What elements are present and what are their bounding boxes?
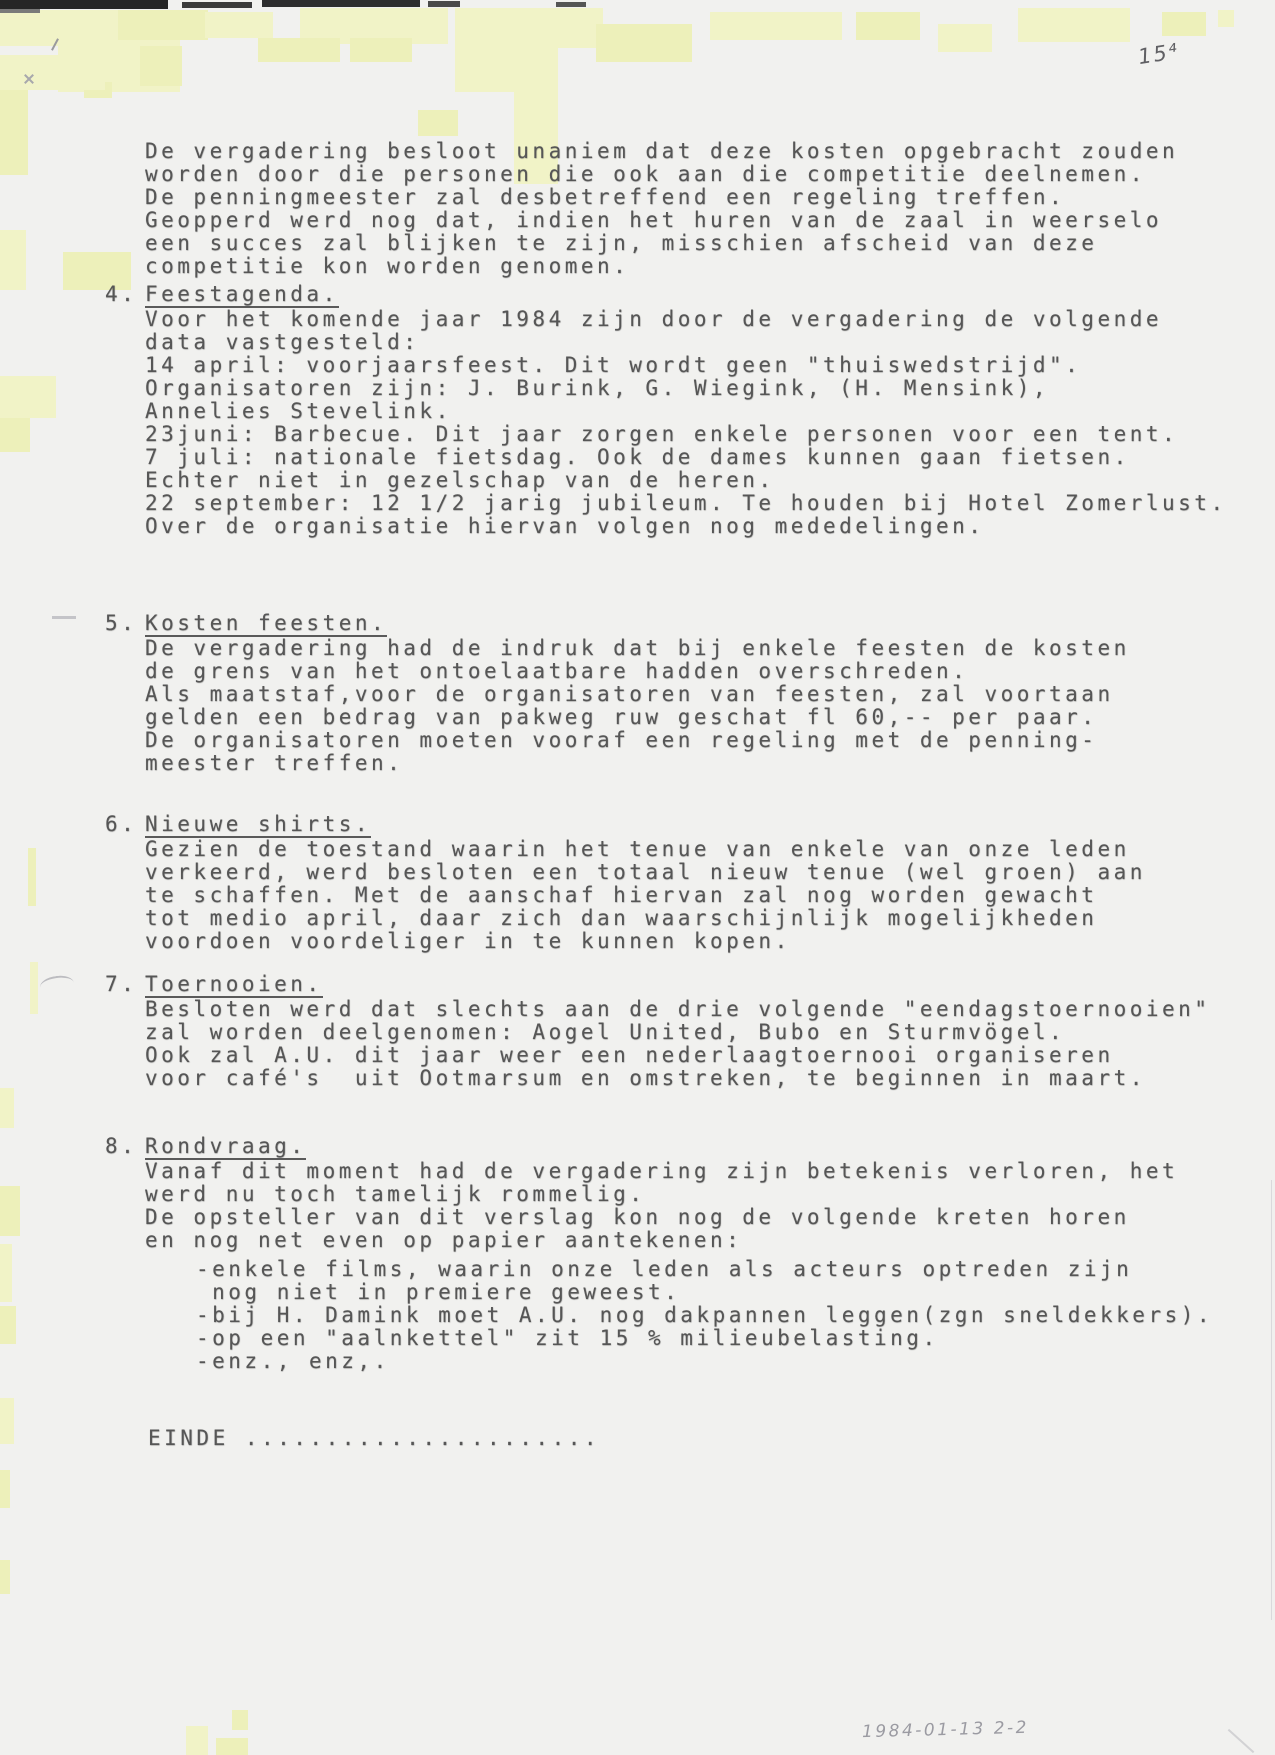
text-line: De vergadering besloot unaniem dat deze … — [145, 140, 1178, 163]
pencil-curve-mark — [39, 974, 75, 997]
text-line: Annelies Stevelink. — [145, 400, 1227, 423]
yellow-edge-artifact — [0, 230, 26, 290]
section-number: 4. — [105, 283, 145, 308]
section-body: Gezien de toestand waarin het tenue van … — [145, 838, 1146, 953]
text-line: Echter niet in gezelschap van de heren. — [145, 469, 1227, 492]
ending-line: EINDE ...................... — [148, 1427, 600, 1450]
corner-crease-mark — [1228, 1729, 1255, 1753]
section-toernooien: 7.Toernooien.Besloten werd dat slechts a… — [105, 973, 1210, 1090]
text-line: Gezien de toestand waarin het tenue van … — [145, 838, 1146, 861]
text-line: competitie kon worden genomen. — [145, 255, 1178, 278]
yellow-edge-artifact — [0, 1088, 14, 1128]
yellow-edge-artifact — [1162, 12, 1206, 36]
intro-paragraph: De vergadering besloot unaniem dat deze … — [145, 140, 1178, 278]
section-heading: 7.Toernooien. — [105, 973, 1210, 998]
handwritten-page-number: 15⁴ — [1136, 39, 1180, 69]
section-title: Rondvraag. — [145, 1135, 306, 1160]
section-number: 8. — [105, 1135, 145, 1160]
yellow-edge-artifact — [596, 24, 692, 62]
section-subitems: -enkele films, waarin onze leden als act… — [196, 1258, 1213, 1373]
text-line: Geopperd werd nog dat, indien het huren … — [145, 209, 1178, 232]
subitem-line: -bij H. Damink moet A.U. nog dakpannen l… — [196, 1304, 1213, 1327]
yellow-edge-artifact — [0, 376, 56, 418]
yellow-edge-artifact — [186, 1726, 208, 1755]
yellow-edge-artifact — [216, 1738, 248, 1755]
yellow-edge-artifact — [418, 110, 458, 136]
yellow-edge-artifact — [0, 1398, 14, 1444]
pencil-x-mark — [24, 74, 34, 84]
text-line: Ook zal A.U. dit jaar weer een nederlaag… — [145, 1044, 1210, 1067]
yellow-edge-artifact — [140, 46, 182, 86]
section-kostenfeesten: 5.Kosten feesten.De vergadering had de i… — [105, 612, 1130, 775]
text-line: verkeerd, werd besloten een totaal nieuw… — [145, 861, 1146, 884]
text-line: 22 september: 12 1/2 jarig jubileum. Te … — [145, 492, 1227, 515]
text-line: meester treffen. — [145, 752, 1130, 775]
text-line: worden door die personen die ook aan die… — [145, 163, 1178, 186]
text-line: te schaffen. Met de aanschaf hiervan zal… — [145, 884, 1146, 907]
section-body: Besloten werd dat slechts aan de drie vo… — [145, 998, 1210, 1090]
section-heading: 5.Kosten feesten. — [105, 612, 1130, 637]
text-line: Vanaf dit moment had de vergadering zijn… — [145, 1160, 1213, 1183]
section-heading: 4.Feestagenda. — [105, 283, 1227, 308]
yellow-edge-artifact — [0, 1186, 20, 1236]
page-edge-line — [1271, 1180, 1272, 1620]
text-line: De opsteller van dit verslag kon nog de … — [145, 1206, 1213, 1229]
yellow-edge-artifact — [1218, 10, 1234, 27]
section-nieuweshirts: 6.Nieuwe shirts.Gezien de toestand waari… — [105, 813, 1146, 953]
text-line: werd nu toch tamelijk rommelig. — [145, 1183, 1213, 1206]
yellow-edge-artifact — [938, 24, 992, 52]
pencil-dash-mark — [52, 616, 76, 619]
section-feestagenda: 4.Feestagenda.Voor het komende jaar 1984… — [105, 283, 1227, 538]
yellow-edge-artifact — [205, 12, 273, 38]
text-line: tot medio april, daar zich dan waarschij… — [145, 907, 1146, 930]
section-body: Vanaf dit moment had de vergadering zijn… — [145, 1160, 1213, 1373]
text-line: Besloten werd dat slechts aan de drie vo… — [145, 998, 1210, 1021]
text-line: De organisatoren moeten vooraf een regel… — [145, 729, 1130, 752]
text-line: de grens van het ontoelaatbare hadden ov… — [145, 660, 1130, 683]
yellow-edge-artifact — [0, 1560, 10, 1594]
subitem-line: nog niet in premiere geweest. — [196, 1281, 1213, 1304]
dark-edge-streak — [0, 9, 40, 13]
text-line: Over de organisatie hiervan volgen nog m… — [145, 515, 1227, 538]
subitem-line: -enz., enz,. — [196, 1350, 1213, 1373]
yellow-edge-artifact — [856, 12, 920, 40]
section-title: Toernooien. — [145, 973, 323, 998]
text-line: en nog net even op papier aantekenen: — [145, 1229, 1213, 1252]
subitem-line: -enkele films, waarin onze leden als act… — [196, 1258, 1213, 1281]
dark-edge-streak — [262, 0, 420, 7]
dark-edge-streak — [0, 0, 168, 9]
text-line: Organisatoren zijn: J. Burink, G. Wiegin… — [145, 377, 1227, 400]
yellow-edge-artifact — [0, 55, 105, 90]
yellow-edge-artifact — [30, 962, 38, 1014]
text-line: Voor het komende jaar 1984 zijn door de … — [145, 308, 1227, 331]
section-rondvraag: 8.Rondvraag.Vanaf dit moment had de verg… — [105, 1135, 1213, 1373]
section-number: 7. — [105, 973, 145, 998]
handwritten-archive-code: 1984-01-13 2-2 — [862, 1718, 1029, 1742]
section-body: Voor het komende jaar 1984 zijn door de … — [145, 308, 1227, 538]
text-line: een succes zal blijken te zijn, misschie… — [145, 232, 1178, 255]
text-line: De penningmeester zal desbetreffend een … — [145, 186, 1178, 209]
section-number: 6. — [105, 813, 145, 838]
subitem-line: -op een "aalnkettel" zit 15 % milieubela… — [196, 1327, 1213, 1350]
text-line: zal worden deelgenomen: Aogel United, Bu… — [145, 1021, 1210, 1044]
text-line: 14 april: voorjaarsfeest. Dit wordt geen… — [145, 354, 1227, 377]
yellow-edge-artifact — [0, 1306, 16, 1344]
text-line: voor café's uit Ootmarsum en omstreken, … — [145, 1067, 1210, 1090]
section-number: 5. — [105, 612, 145, 637]
yellow-edge-artifact — [350, 38, 412, 62]
yellow-edge-artifact — [455, 8, 603, 48]
section-title: Feestagenda. — [145, 283, 339, 308]
section-title: Kosten feesten. — [145, 612, 387, 637]
text-line: De vergadering had de indruk dat bij enk… — [145, 637, 1130, 660]
section-title: Nieuwe shirts. — [145, 813, 371, 838]
text-line: 23juni: Barbecue. Dit jaar zorgen enkele… — [145, 423, 1227, 446]
scanned-page: 15⁴ 1984-01-13 2-2 De vergadering besloo… — [0, 0, 1275, 1755]
text-line: gelden een bedrag van pakweg ruw geschat… — [145, 706, 1130, 729]
yellow-edge-artifact — [710, 12, 842, 40]
yellow-edge-artifact — [0, 418, 30, 452]
yellow-edge-artifact — [258, 38, 340, 62]
text-line: voordoen voordeliger in te kunnen kopen. — [145, 930, 1146, 953]
section-body: De vergadering had de indruk dat bij enk… — [145, 637, 1130, 775]
dark-edge-streak — [556, 2, 586, 7]
yellow-edge-artifact — [28, 848, 36, 906]
yellow-edge-artifact — [232, 1710, 248, 1730]
text-line: 7 juli: nationale fietsdag. Ook de dames… — [145, 446, 1227, 469]
dark-edge-streak — [182, 2, 252, 8]
yellow-edge-artifact — [0, 1244, 12, 1302]
yellow-edge-artifact — [0, 1470, 10, 1508]
text-line: data vastgesteld: — [145, 331, 1227, 354]
yellow-edge-artifact — [1018, 8, 1130, 42]
yellow-edge-artifact — [0, 90, 28, 175]
section-heading: 8.Rondvraag. — [105, 1135, 1213, 1160]
section-heading: 6.Nieuwe shirts. — [105, 813, 1146, 838]
dark-edge-streak — [428, 1, 460, 7]
text-line: Als maatstaf,voor de organisatoren van f… — [145, 683, 1130, 706]
yellow-edge-artifact — [118, 10, 208, 40]
